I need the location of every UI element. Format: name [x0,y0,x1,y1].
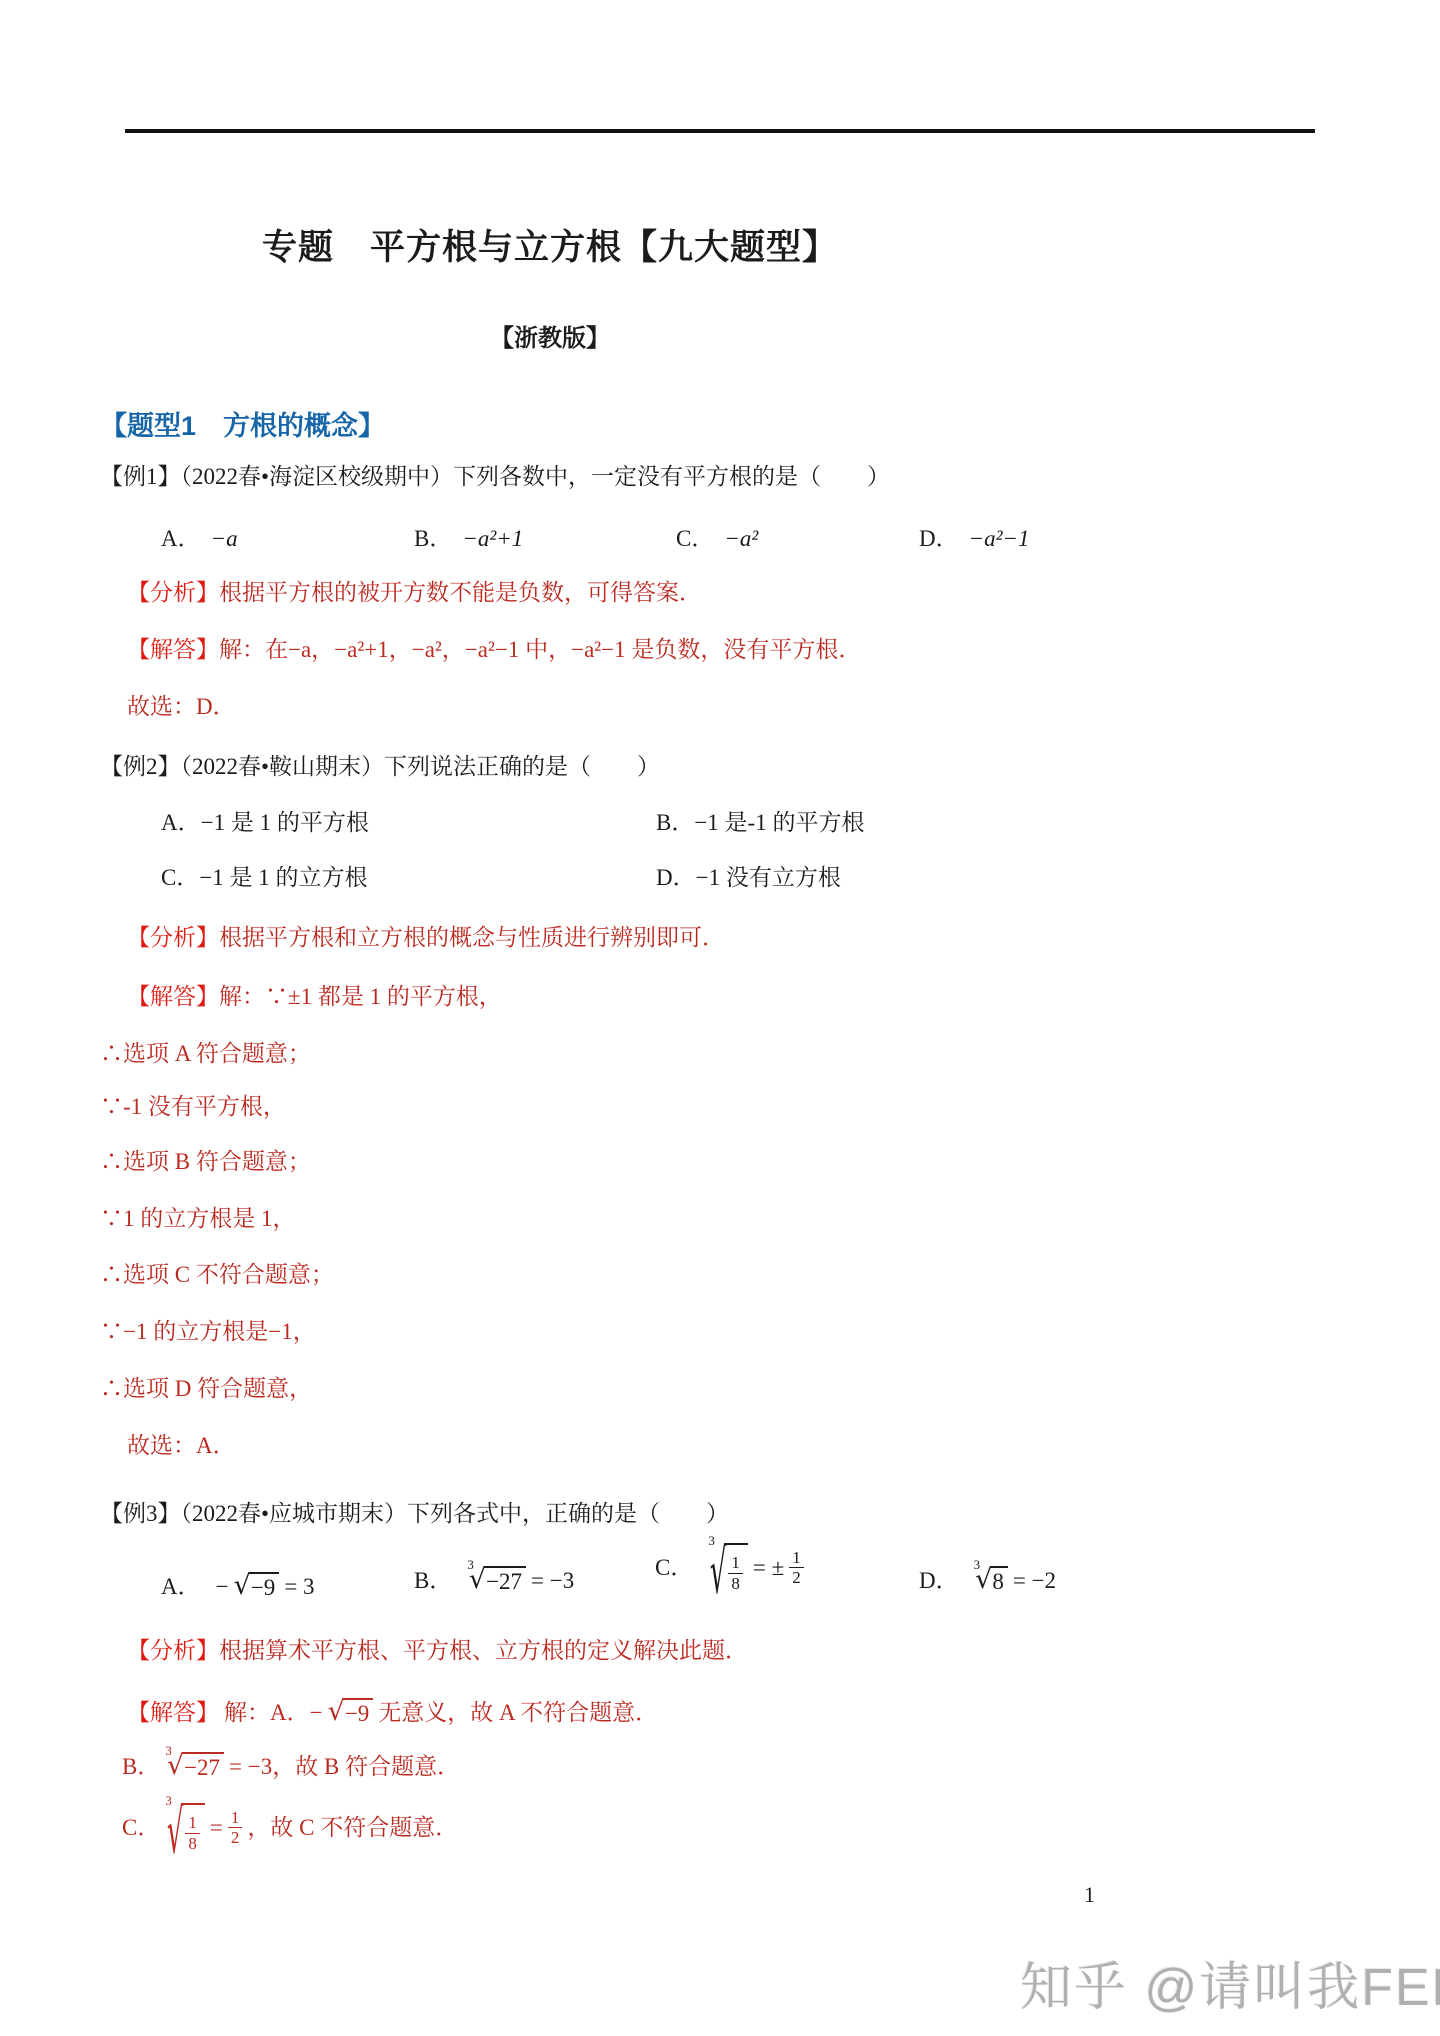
ex3-answer-line-b: B． 3 √ −27 = −3，故 B 符合题意． [122,1752,460,1782]
ex2-analysis-line: 【分析】根据平方根和立方根的概念与性质进行辨别即可． [127,923,725,953]
option-math: −a² [724,526,758,551]
radicand: −27 [182,1752,224,1781]
page-subtitle: 【浙教版】 [0,318,1100,353]
ex2-solution-line: ∴选项 A 符合题意； [100,1039,311,1069]
fraction: 1 2 [228,1808,243,1848]
fraction: 1 2 [789,1548,804,1588]
cube-root: 3 √ 1 8 [708,1542,748,1593]
ex2-option-b: B．−1 是-1 的平方根 [656,808,864,838]
fraction: 1 8 [728,1553,743,1593]
ex1-option-a: A．−a [161,524,238,554]
analysis-text: 根据平方根的被开方数不能是负数，可得答案． [219,580,702,605]
cube-root: 3 √ −27 [467,1566,526,1595]
analysis-text: 根据平方根和立方根的概念与性质进行辨别即可． [219,925,725,950]
ex1-analysis-line: 【分析】根据平方根的被开方数不能是负数，可得答案． [127,578,702,608]
square-root: √ −9 [234,1572,280,1601]
ex1-option-b: B．−a²+1 [414,524,523,554]
equals-rhs: = ± [753,1553,784,1583]
ex2-solution-line: ∴选项 C 不符合题意； [100,1260,334,1290]
option-math: −a²−1 [969,526,1030,551]
option-math: −a²+1 [462,526,523,551]
ex1-prompt: 【例1】（2022春•海淀区校级期中）下列各数中，一定没有平方根的是（ ） [100,462,890,492]
answer-post: ，故 C 不符合题意． [247,1813,458,1843]
minus-sign: − [216,1572,229,1602]
denominator: 8 [728,1573,743,1594]
answer-post: = −3，故 B 符合题意． [229,1752,460,1782]
fraction: 1 8 [185,1813,200,1853]
ex1-option-d: D．−a²−1 [919,524,1030,554]
root-index: 3 [467,1557,474,1574]
ex2-choose-line: 故选：A． [127,1431,236,1461]
ex1-choose-line: 故选：D． [127,692,236,722]
page-number: 1 [1084,1882,1095,1908]
option-math: −a [211,526,238,551]
section-heading: 【题型1 方根的概念】 [100,404,385,443]
ex2-option-d: D．−1 没有立方根 [656,863,841,893]
cube-root: 3 √ 8 [974,1566,1008,1595]
equals-rhs: = −3 [531,1566,574,1596]
ex2-solution-line: ∵−1 的立方根是−1， [100,1317,316,1347]
ex1-answer-line: 【解答】解：在−a，−a²+1，−a²，−a²−1 中，−a²−1 是负数，没有… [127,635,861,665]
analysis-text: 根据算术平方根、平方根、立方根的定义解决此题． [219,1638,748,1663]
denominator: 8 [185,1833,200,1854]
cube-root: 3 √ 1 8 [165,1802,205,1853]
answer-label: 【解答】 [127,637,219,662]
option-label: A． [161,1572,201,1602]
root-index: 3 [165,1743,172,1760]
option-label: C． [676,526,714,551]
page-title: 专题 平方根与立方根【九大题型】 [0,220,1100,270]
numerator: 1 [728,1553,743,1573]
radicand: 8 [990,1566,1008,1595]
zhihu-watermark: 知乎 @请叫我FELIX [1020,1945,1440,2020]
option-label: A． [161,526,201,551]
denominator: 2 [789,1567,804,1588]
analysis-label: 【分析】 [127,580,219,605]
ex2-prompt: 【例2】（2022春•鞍山期末）下列说法正确的是（ ） [100,752,660,782]
ex3-analysis-line: 【分析】根据算术平方根、平方根、立方根的定义解决此题． [127,1636,748,1666]
answer-label: 【解答】 [127,984,219,1009]
radicand: 1 8 [181,1803,205,1853]
denominator: 2 [228,1827,243,1848]
option-label: D． [919,1566,959,1596]
top-rule [125,129,1315,133]
option-label: C． [122,1813,160,1843]
cube-root: 3 √ −27 [165,1752,224,1781]
ex3-option-b: B． 3 √ −27 = −3 [414,1566,574,1596]
option-label: B． [414,1566,452,1596]
square-root: √ −9 [328,1698,374,1727]
solution-text: 解：∵±1 都是 1 的平方根， [219,984,502,1009]
ex2-solution-line: 【解答】解：∵±1 都是 1 的平方根， [127,982,502,1012]
ex3-answer-line-c: C． 3 √ 1 8 = 1 2 ，故 C 不符合题意． [122,1802,458,1853]
ex2-option-a: A．−1 是 1 的平方根 [161,808,369,838]
option-label: B． [122,1752,160,1782]
answer-text: 解：在−a，−a²+1，−a²，−a²−1 中，−a²−1 是负数，没有平方根． [219,637,861,662]
radicand: −9 [249,1572,279,1601]
radicand: 1 8 [724,1543,748,1593]
ex2-solution-line: ∵-1 没有平方根， [100,1092,286,1122]
ex3-answer-line-a: 【解答】 解：A．− √ −9 无意义，故 A 不符合题意． [127,1698,658,1728]
answer-post: 无意义，故 A 不符合题意． [378,1698,658,1728]
numerator: 1 [228,1808,243,1828]
equals-rhs: = 3 [284,1572,314,1602]
answer-pre: 解：A．− [224,1698,323,1728]
ex2-option-c: C．−1 是 1 的立方根 [161,863,368,893]
option-label: C． [655,1553,693,1583]
ex3-option-a: A． − √ −9 = 3 [161,1572,315,1602]
ex2-solution-line: ∴选项 D 符合题意， [100,1374,312,1404]
radicand: −27 [484,1566,526,1595]
ex3-option-c: C． 3 √ 1 8 = ± 1 2 [655,1542,804,1593]
analysis-label: 【分析】 [127,1638,219,1663]
numerator: 1 [789,1548,804,1568]
radicand: −9 [343,1698,373,1727]
analysis-label: 【分析】 [127,925,219,950]
equals-sign: = [210,1813,223,1843]
radical-sign-icon: √ [710,1543,727,1604]
answer-label: 【解答】 [127,1698,219,1728]
option-label: B． [414,526,452,551]
numerator: 1 [185,1813,200,1833]
equals-rhs: = −2 [1013,1566,1056,1596]
root-index: 3 [974,1557,981,1574]
ex1-option-c: C．−a² [676,524,758,554]
ex2-solution-line: ∵1 的立方根是 1， [100,1204,296,1234]
ex3-option-d: D． 3 √ 8 = −2 [919,1566,1056,1596]
ex2-solution-line: ∴选项 B 符合题意； [100,1147,311,1177]
option-label: D． [919,526,959,551]
ex3-prompt: 【例3】（2022春•应城市期末）下列各式中，正确的是（ ） [100,1499,729,1529]
document-page: 专题 平方根与立方根【九大题型】 【浙教版】 【题型1 方根的概念】 【例1】（… [0,0,1440,2036]
radical-sign-icon: √ [167,1803,184,1864]
